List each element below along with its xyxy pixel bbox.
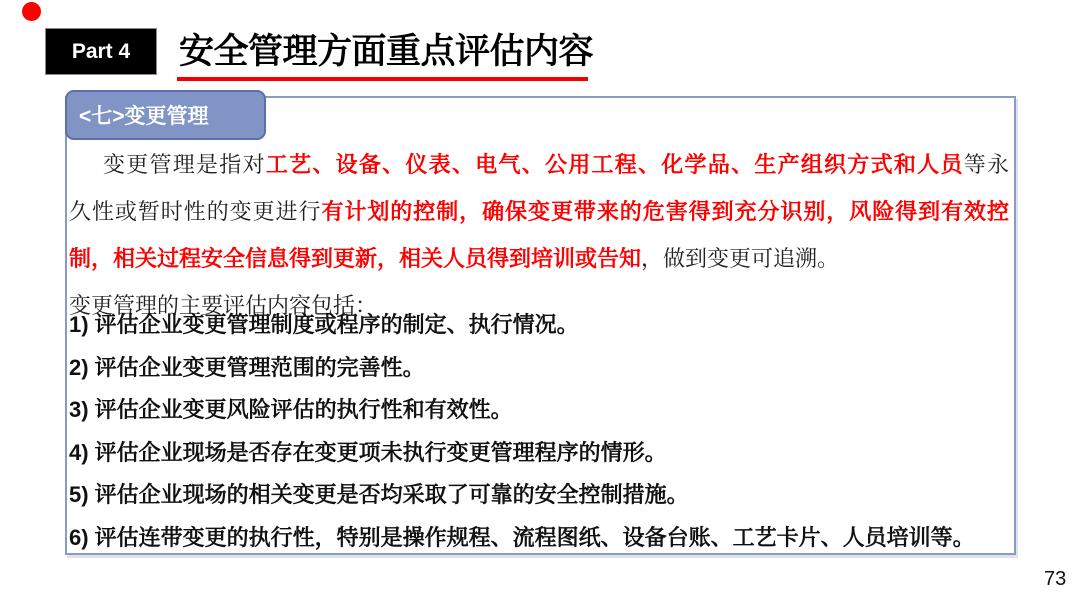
paragraph-line: 制，相关过程安全信息得到更新，相关人员得到培训或告知，做到变更可追溯。	[69, 235, 1009, 282]
page-title: 安全管理方面重点评估内容	[179, 27, 593, 77]
paragraph: 变更管理是指对工艺、设备、仪表、电气、公用工程、化学品、生产组织方式和人员等永久…	[69, 141, 1009, 329]
section-tab-label: <七>变更管理	[79, 100, 209, 130]
list-item: 3) 评估企业变更风险评估的执行性和有效性。	[69, 389, 1011, 432]
body-text: ，做到变更可追溯。	[641, 246, 839, 271]
emphasis-text: 工艺、设备、仪表、电气、公用工程、化学品、生产组织方式和人员	[266, 152, 964, 177]
assessment-list: 1) 评估企业变更管理制度或程序的制定、执行情况。2) 评估企业变更管理范围的完…	[69, 304, 1011, 559]
part-badge: Part 4	[45, 28, 157, 75]
list-item: 6) 评估连带变更的执行性，特别是操作规程、流程图纸、设备台账、工艺卡片、人员培…	[69, 517, 1011, 560]
list-item: 2) 评估企业变更管理范围的完善性。	[69, 347, 1011, 390]
list-item: 4) 评估企业现场是否存在变更项未执行变更管理程序的情形。	[69, 432, 1011, 475]
paragraph-line: 变更管理是指对工艺、设备、仪表、电气、公用工程、化学品、生产组织方式和人员等永	[69, 141, 1009, 188]
title-underline	[177, 77, 588, 81]
red-dot-icon	[22, 2, 41, 21]
body-text: 等永	[964, 152, 1009, 177]
list-item: 1) 评估企业变更管理制度或程序的制定、执行情况。	[69, 304, 1011, 347]
paragraph-line: 久性或暂时性的变更进行有计划的控制，确保变更带来的危害得到充分识别，风险得到有效…	[69, 188, 1009, 235]
section-tab: <七>变更管理	[65, 90, 266, 140]
list-item: 5) 评估企业现场的相关变更是否均采取了可靠的安全控制措施。	[69, 474, 1011, 517]
body-text: 久性或暂时性的变更进行	[69, 199, 321, 224]
emphasis-text: 制，相关过程安全信息得到更新，相关人员得到培训或告知	[69, 246, 641, 271]
emphasis-text: 有计划的控制，确保变更带来的危害得到充分识别，风险得到有效控	[321, 199, 1009, 224]
slide: Part 4 安全管理方面重点评估内容 <七>变更管理 变更管理是指对工艺、设备…	[0, 0, 1080, 608]
part-badge-label: Part 4	[72, 40, 130, 64]
body-text: 变更管理是指对	[103, 152, 266, 177]
page-number: 73	[1044, 568, 1066, 591]
